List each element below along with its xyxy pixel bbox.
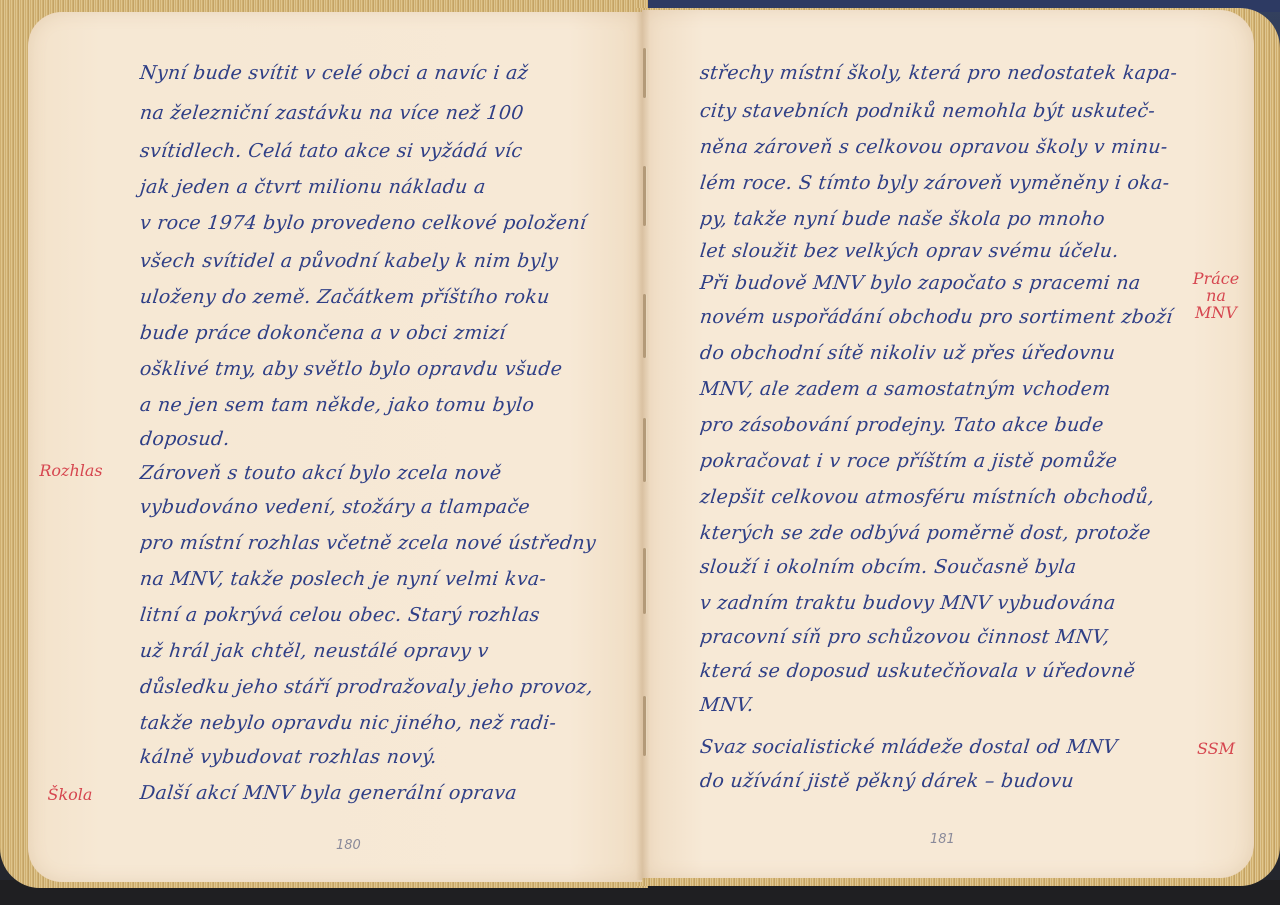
text-line: ošklivé tmy, aby světlo bylo opravdu všu… (139, 358, 564, 380)
binding-stitch (643, 294, 646, 358)
text-line: střechy místní školy, která pro nedostat… (699, 62, 1179, 84)
text-line: na železniční zastávku na více než 100 (139, 102, 525, 124)
text-line: do užívání jistě pěkný dárek – budovu (699, 770, 1075, 792)
text-line: zlepšit celkovou atmosféru místních obch… (699, 486, 1156, 508)
text-line: MNV. (699, 694, 755, 716)
binding-stitch (643, 48, 646, 98)
text-line: kálně vybudovat rozhlas nový. (139, 746, 438, 768)
text-line: uloženy do země. Začátkem příštího roku (139, 286, 551, 308)
text-line: slouží i okolním obcím. Současně byla (699, 556, 1078, 578)
text-line: a ne jen sem tam někde, jako tomu bylo (139, 394, 536, 416)
text-line: pro místní rozhlas včetně zcela nové úst… (139, 532, 597, 554)
text-line: pro zásobování prodejny. Tato akce bude (699, 414, 1105, 436)
binding-stitch (643, 548, 646, 614)
binding-stitch (643, 418, 646, 482)
text-line: svítidlech. Celá tato akce si vyžádá víc (139, 140, 524, 162)
text-line: všech svítidel a původní kabely k nim by… (139, 250, 560, 272)
text-line: na MNV, takže poslech je nyní velmi kva- (139, 568, 548, 590)
text-line: doposud. (139, 428, 231, 450)
text-line: v roce 1974 bylo provedeno celkové polož… (139, 212, 588, 234)
text-line: pracovní síň pro schůzovou činnost MNV, (699, 626, 1111, 648)
page-number-right: 181 (930, 832, 955, 847)
binding-stitch (643, 696, 646, 756)
text-line: vybudováno vedení, stožáry a tlampače (139, 496, 531, 518)
text-line: Při budově MNV bylo započato s pracemi n… (699, 272, 1142, 294)
text-line: city stavebních podniků nemohla být usku… (699, 100, 1156, 122)
margin-note-skola: Škola (40, 786, 100, 803)
text-line: lém roce. S tímto byly zároveň vyměněny … (699, 172, 1171, 194)
text-line: do obchodní sítě nikoliv už přes úředovn… (699, 342, 1117, 364)
text-line: takže nebylo opravdu nic jiného, než rad… (139, 712, 558, 734)
text-line: MNV, ale zadem a samostatným vchodem (699, 378, 1112, 400)
page-number-left: 180 (336, 838, 361, 853)
text-line: Svaz socialistické mládeže dostal od MNV (699, 736, 1119, 758)
text-line: Zároveň s touto akcí bylo zcela nově (139, 462, 503, 484)
text-line: litní a pokrývá celou obec. Starý rozhla… (139, 604, 541, 626)
text-line: která se doposud uskutečňovala v úředovn… (699, 660, 1136, 682)
margin-note-rozhlas: Rozhlas (36, 462, 106, 479)
binding-stitch (643, 166, 646, 226)
text-line: py, takže nyní bude naše škola po mnoho (699, 208, 1106, 230)
text-line: novém uspořádání obchodu pro sortiment z… (699, 306, 1174, 328)
text-line: bude práce dokončena a v obci zmizí (139, 322, 507, 344)
margin-note-prace-na-mnv: Práce na MNV (1190, 270, 1242, 321)
text-line: kterých se zde odbývá poměrně dost, prot… (699, 522, 1152, 544)
text-line: už hrál jak chtěl, neustálé opravy v (139, 640, 490, 662)
text-line: důsledku jeho stáří prodražovaly jeho pr… (139, 676, 594, 698)
text-line: jak jeden a čtvrt milionu nákladu a (139, 176, 487, 198)
text-line: pokračovat i v roce příštím a jistě pomů… (699, 450, 1119, 472)
margin-note-ssm: SSM (1196, 740, 1236, 757)
notebook: Nyní bude svítit v celé obci a navíc i a… (0, 0, 1280, 905)
text-line: Nyní bude svítit v celé obci a navíc i a… (139, 62, 529, 84)
text-line: v zadním traktu budovy MNV vybudována (699, 592, 1117, 614)
text-line: něna zároveň s celkovou opravou školy v … (699, 136, 1169, 158)
text-line: let sloužit bez velkých oprav svému účel… (699, 240, 1120, 262)
text-line: Další akcí MNV byla generální oprava (139, 782, 518, 804)
